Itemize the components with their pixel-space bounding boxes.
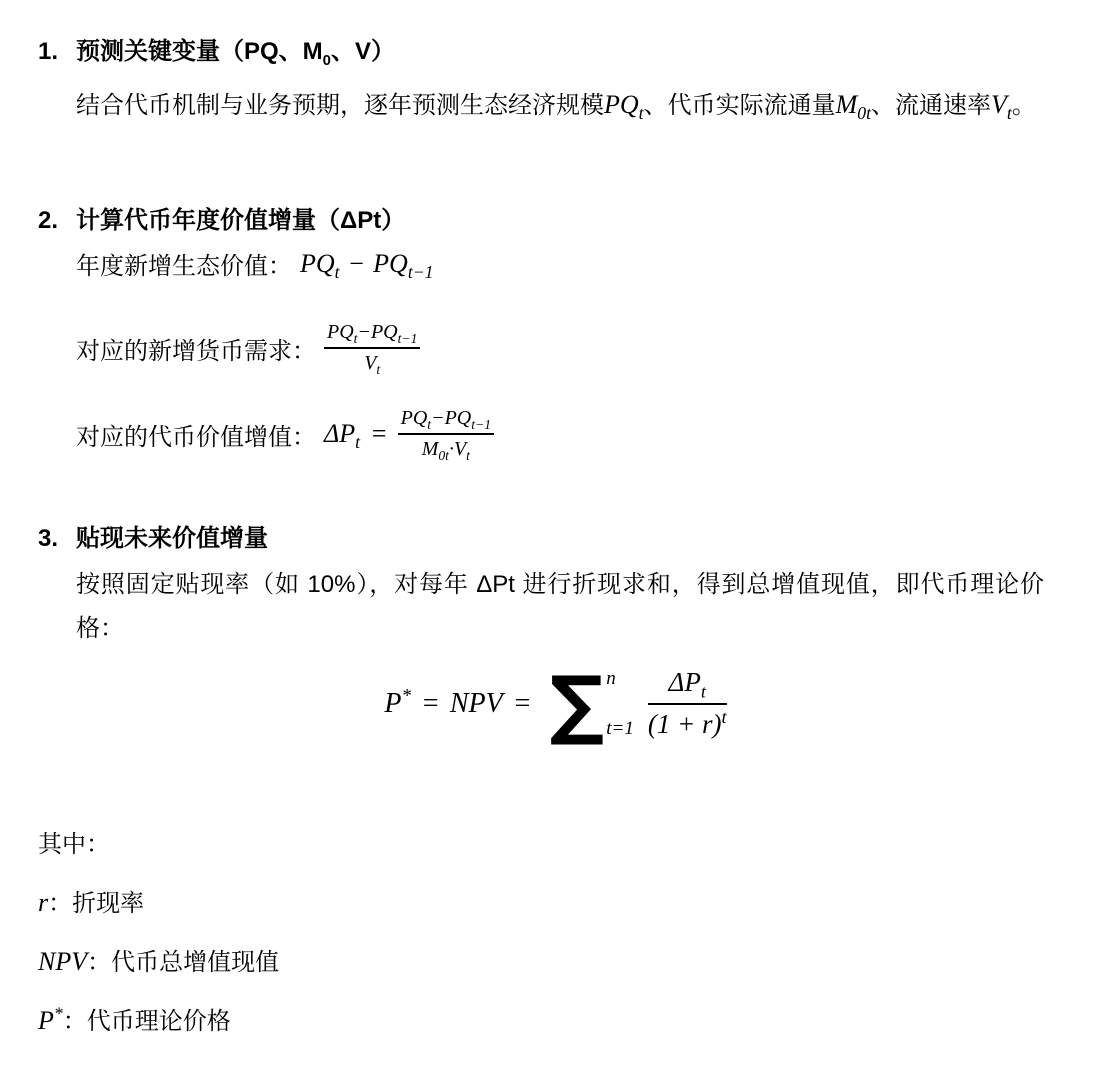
math-base: PQ (371, 321, 398, 343)
section-2-number: 2. (38, 205, 76, 236)
fraction-denominator: (1 + r)t (648, 705, 727, 740)
math-subscript: t (376, 362, 380, 377)
fraction-denominator: Vt (324, 349, 420, 375)
math-base: P (38, 1006, 54, 1035)
formula-label: 年度新增生态价值： (76, 246, 292, 281)
math-base: (1 + r) (648, 709, 722, 739)
npv-symbol: NPV (450, 688, 503, 720)
section-1-number: 1. (38, 36, 76, 71)
math-expression-pq-diff: PQt−PQt−1 (300, 249, 433, 279)
math-delta-p-t: ΔPt (324, 419, 360, 449)
legend-symbol: r (38, 888, 48, 918)
symbol-legend: 其中： r：折现率 NPV：代币总增值现值 P*：代币理论价格 (38, 824, 1073, 1036)
formula-label: 对应的新增货币需求： (76, 331, 316, 366)
math-base: V (454, 438, 466, 460)
paragraph-text: 结合代币机制与业务预期，逐年预测生态经济规模 (76, 92, 604, 119)
sigma-symbol: ∑ (550, 668, 605, 740)
summation-lower-limit: t=1 (606, 718, 634, 740)
paragraph-text: 、代币实际流通量 (644, 92, 836, 119)
math-subscript: t (335, 262, 340, 282)
fraction-numerator: PQt−PQt−1 (398, 407, 494, 435)
math-superscript: t (722, 707, 727, 727)
npv-formula: P* = NPV = ∑ n t=1 ΔPt (1 + r)t (38, 667, 1073, 740)
minus-operator: − (431, 407, 445, 429)
math-base: r (38, 888, 48, 917)
document-page: 1. 预测关键变量（PQ、M0、V） 结合代币机制与业务预期，逐年预测生态经济规… (0, 0, 1113, 1036)
section-3-title: 贴现未来价值增量 (76, 523, 268, 554)
math-var-vt: Vt (991, 90, 1012, 119)
math-subscript: t (466, 448, 470, 463)
math-subscript: t−1 (471, 417, 491, 432)
legend-symbol: P* (38, 1006, 63, 1036)
math-base: PQ (373, 249, 408, 278)
paragraph-text: 。 (1012, 92, 1036, 119)
minus-operator: − (357, 321, 371, 343)
math-superscript: * (401, 685, 411, 706)
title-text: 、V） (331, 38, 395, 65)
legend-item-r: r：折现率 (38, 883, 1073, 918)
math-subscript: t (701, 682, 706, 702)
math-base: PQ (327, 321, 354, 343)
math-subscript: 0t (438, 448, 449, 463)
math-subscript: t−1 (398, 331, 418, 346)
section-3-heading: 3. 贴现未来价值增量 (38, 523, 1073, 554)
equals-sign: = (421, 688, 440, 720)
math-var-m0t: M0t (836, 90, 871, 119)
legend-label: ：代币理论价格 (63, 1001, 231, 1036)
title-text: 预测关键变量（PQ、M (76, 38, 323, 65)
legend-label: ：代币总增值现值 (87, 942, 279, 977)
section-1-title: 预测关键变量（PQ、M0、V） (76, 36, 395, 71)
math-base: NPV (38, 947, 87, 976)
summation-upper-limit: n (606, 668, 634, 690)
math-base: ΔP (324, 419, 355, 448)
section-2-title: 计算代币年度价值增量（ΔPt） (76, 205, 405, 236)
math-base: P (384, 688, 401, 719)
legend-intro: 其中： (38, 824, 1073, 859)
math-base: V (364, 352, 376, 374)
equals-sign: = (370, 419, 388, 449)
legend-item-npv: NPV：代币总增值现值 (38, 942, 1073, 977)
section-3: 3. 贴现未来价值增量 按照固定贴现率（如 10%），对每年 ΔPt 进行折现求… (38, 523, 1073, 740)
fraction-denominator: M0t·Vt (398, 435, 494, 461)
math-base: PQ (300, 249, 335, 278)
annual-value-line: 年度新增生态价值： PQt−PQt−1 (76, 246, 1073, 281)
section-2: 2. 计算代币年度价值增量（ΔPt） 年度新增生态价值： PQt−PQt−1 对… (38, 205, 1073, 461)
discount-fraction: ΔPt (1 + r)t (648, 667, 727, 740)
title-subscript: 0 (323, 53, 331, 69)
math-base: PQ (445, 407, 472, 429)
math-base: ΔP (669, 667, 701, 697)
paragraph-text: 、流通速率 (871, 92, 991, 119)
section-3-paragraph: 按照固定贴现率（如 10%），对每年 ΔPt 进行折现求和，得到总增值现值，即代… (76, 563, 1044, 652)
section-1: 1. 预测关键变量（PQ、M0、V） 结合代币机制与业务预期，逐年预测生态经济规… (38, 36, 1073, 131)
section-2-heading: 2. 计算代币年度价值增量（ΔPt） (38, 205, 1073, 236)
minus-operator: − (348, 249, 366, 278)
money-demand-line: 对应的新增货币需求： PQt−PQt−1 Vt (76, 321, 1073, 375)
math-base: PQ (604, 90, 639, 119)
math-base: V (991, 90, 1007, 119)
math-var-pq-t: PQt (604, 90, 644, 119)
math-subscript: t (355, 433, 360, 453)
equals-sign: = (513, 688, 532, 720)
legend-item-p-star: P*：代币理论价格 (38, 1001, 1073, 1036)
fraction-numerator: PQt−PQt−1 (324, 321, 420, 349)
token-value-fraction: PQt−PQt−1 M0t·Vt (398, 407, 494, 461)
money-demand-fraction: PQt−PQt−1 Vt (324, 321, 420, 375)
formula-label: 对应的代币价值增值： (76, 417, 316, 452)
section-1-heading: 1. 预测关键变量（PQ、M0、V） (38, 36, 1073, 71)
math-superscript: * (54, 1004, 63, 1024)
summation-limits: n t=1 (604, 668, 634, 740)
token-value-line: 对应的代币价值增值： ΔPt = PQt−PQt−1 M0t·Vt (76, 407, 1073, 461)
section-1-paragraph: 结合代币机制与业务预期，逐年预测生态经济规模PQt、代币实际流通量M0t、流通速… (76, 79, 1044, 131)
math-base: M (836, 90, 858, 119)
section-3-number: 3. (38, 523, 76, 554)
formula-lhs-p-star: P* (384, 688, 411, 720)
legend-symbol: NPV (38, 947, 87, 977)
math-subscript: t−1 (408, 262, 434, 282)
summation: ∑ n t=1 (550, 668, 634, 740)
legend-label: ：折现率 (48, 883, 144, 918)
math-base: PQ (401, 407, 428, 429)
fraction-numerator: ΔPt (648, 667, 727, 705)
math-base: M (422, 438, 439, 460)
math-subscript: 0t (857, 103, 871, 123)
